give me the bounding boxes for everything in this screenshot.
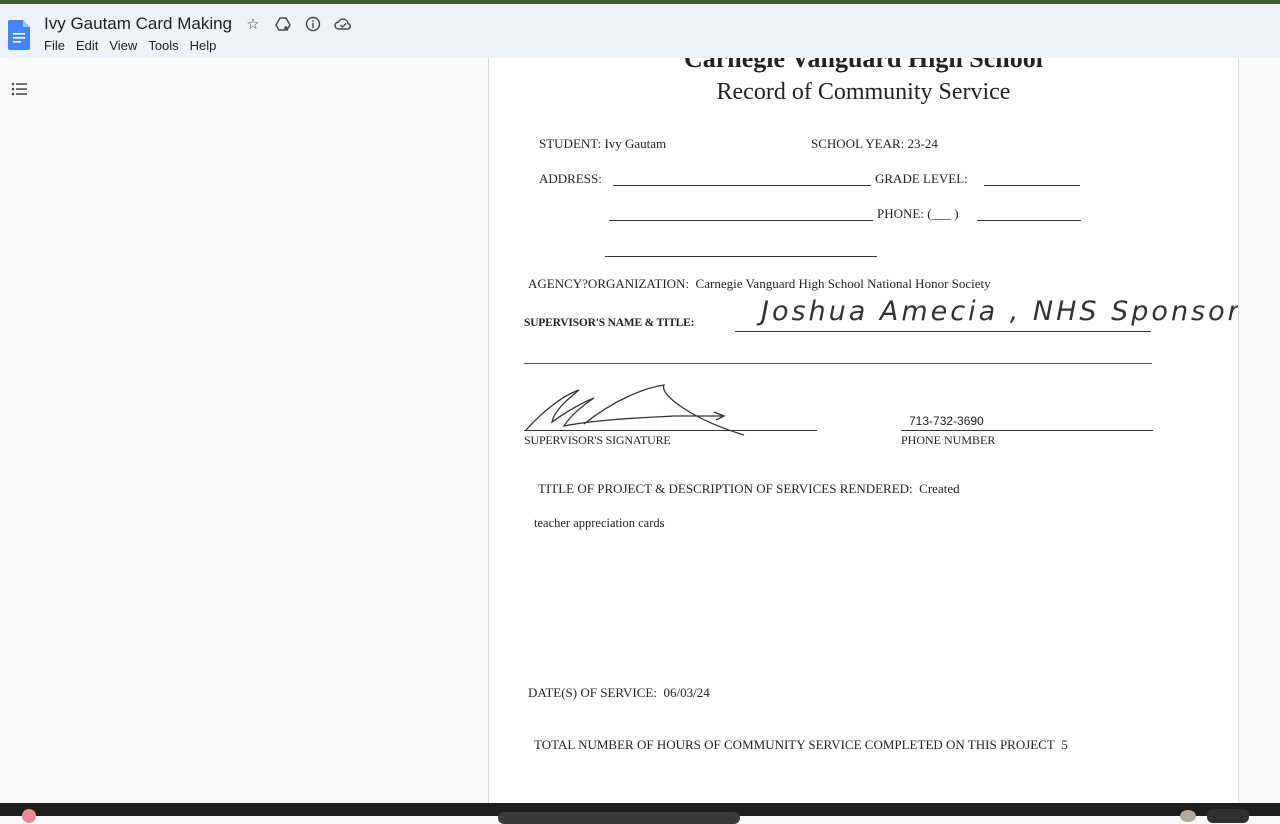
- project-value-line1: Created: [919, 481, 959, 496]
- address-blank-line: [613, 185, 871, 186]
- supervisor-signature-image: [524, 380, 824, 440]
- taskbar-app-icon[interactable]: [22, 809, 36, 816]
- dates-label: DATE(S) OF SERVICE:: [528, 685, 657, 700]
- outline-list-icon[interactable]: [10, 80, 30, 98]
- signature-line: [524, 430, 817, 431]
- docs-header: Ivy Gautam Card Making ☆ File Edit View …: [0, 4, 1280, 58]
- document-page[interactable]: Carnegie Vanguard High School Record of …: [488, 58, 1239, 803]
- hours-field: TOTAL NUMBER OF HOURS OF COMMUNITY SERVI…: [534, 737, 1068, 753]
- taskbar-search-pill[interactable]: [498, 812, 740, 816]
- agency-field: AGENCY?ORGANIZATION: Carnegie Vanguard H…: [528, 276, 991, 292]
- hours-value: 5: [1061, 737, 1068, 752]
- os-taskbar: [0, 803, 1280, 816]
- dates-field: DATE(S) OF SERVICE: 06/03/24: [528, 685, 710, 701]
- grade-level-label: GRADE LEVEL:: [875, 171, 968, 187]
- supervisor-name-line-2: [524, 363, 1152, 364]
- menu-bar: File Edit View Tools Help: [44, 38, 216, 53]
- menu-view[interactable]: View: [109, 38, 137, 53]
- project-field: TITLE OF PROJECT & DESCRIPTION OF SERVIC…: [538, 481, 960, 497]
- form-subtitle: Record of Community Service: [489, 79, 1238, 106]
- outline-pane: [0, 58, 488, 803]
- cloud-saved-icon[interactable]: [334, 15, 352, 33]
- phone-number-line: [901, 430, 1153, 431]
- agency-label: AGENCY?ORGANIZATION:: [528, 276, 689, 291]
- google-docs-logo-icon[interactable]: [8, 20, 30, 50]
- move-to-drive-icon[interactable]: [274, 15, 292, 33]
- supervisor-name-line: [735, 331, 1151, 332]
- supervisor-name-label: SUPERVISOR'S NAME & TITLE:: [524, 317, 694, 329]
- taskbar-tray-button[interactable]: [1207, 809, 1249, 816]
- menu-help[interactable]: Help: [190, 38, 217, 53]
- phone-blank-line: [977, 220, 1081, 221]
- dates-value: 06/03/24: [663, 685, 709, 700]
- student-label: STUDENT:: [539, 136, 601, 151]
- school-year-label: SCHOOL YEAR:: [811, 136, 904, 151]
- phone-label: PHONE: (___ ): [877, 206, 959, 222]
- project-label: TITLE OF PROJECT & DESCRIPTION OF SERVIC…: [538, 481, 913, 496]
- menu-file[interactable]: File: [44, 38, 65, 53]
- agency-value: Carnegie Vanguard High School National H…: [696, 276, 991, 291]
- info-icon[interactable]: [304, 15, 322, 33]
- grade-level-blank-line: [984, 185, 1080, 186]
- document-title[interactable]: Ivy Gautam Card Making: [44, 14, 232, 34]
- project-value-line2: teacher appreciation cards: [534, 516, 664, 531]
- hours-label: TOTAL NUMBER OF HOURS OF COMMUNITY SERVI…: [534, 737, 1055, 752]
- right-gutter: [1240, 58, 1280, 803]
- supervisor-name-handwritten: Joshua Amecia , NHS Sponsor: [761, 296, 1239, 327]
- phone-number-label: PHONE NUMBER: [901, 433, 995, 448]
- student-field: STUDENT: Ivy Gautam: [539, 136, 666, 152]
- taskbar-avatar-icon[interactable]: [1180, 810, 1196, 816]
- school-year-value: 23-24: [908, 136, 938, 151]
- phone-number-value: 713-732-3690: [909, 414, 984, 428]
- address-line-3: [605, 256, 877, 257]
- school-year-field: SCHOOL YEAR: 23-24: [811, 136, 938, 152]
- menu-tools[interactable]: Tools: [148, 38, 178, 53]
- supervisor-signature-label: SUPERVISOR'S SIGNATURE: [524, 433, 671, 448]
- menu-edit[interactable]: Edit: [76, 38, 98, 53]
- star-icon[interactable]: ☆: [244, 15, 262, 33]
- student-value: Ivy Gautam: [604, 136, 666, 151]
- school-name-heading: Carnegie Vanguard High School: [489, 58, 1238, 74]
- address-label: ADDRESS:: [539, 171, 602, 187]
- address-line-2: [609, 220, 873, 221]
